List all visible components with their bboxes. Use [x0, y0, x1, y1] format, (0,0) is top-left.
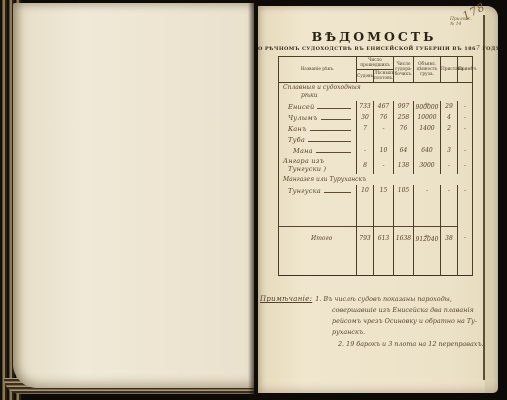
empty-cell — [357, 249, 374, 276]
river-name: Енисей — [288, 103, 314, 111]
empty-cell — [414, 249, 441, 276]
piers-value: 29 — [441, 101, 458, 112]
workers-value: 258 — [394, 112, 414, 123]
rafts-value — [374, 134, 394, 145]
corner-annotation: Прилож. № 14 — [450, 17, 472, 27]
empty-cell — [441, 196, 458, 227]
col-header-vessels: Судовъ. — [357, 70, 374, 83]
totals-vessels: 793 — [357, 227, 374, 250]
river-name-cell: Чулымъ — [279, 112, 357, 123]
workers-value: 105 — [394, 185, 414, 196]
vessels-value: 733 — [357, 101, 374, 112]
vessels-value: - — [357, 145, 374, 156]
section1-label: Сплавныя и судоходныя рѣки — [279, 83, 473, 102]
col-header-workers: Число судора- бочихъ. — [394, 57, 414, 83]
empty-cell — [279, 196, 357, 227]
river-name: Канъ — [288, 125, 307, 133]
table-row-chulym: Чулымъ 30 76 258 10000 4 - — [279, 112, 473, 123]
cargo-number: 1400 — [419, 125, 434, 132]
section-row-2: Мангазея или Туруханскъ — [279, 174, 473, 185]
ruled-dash — [321, 118, 351, 120]
empty-cell — [441, 249, 458, 276]
note1-line1: Примѣчаніе:1. Въ числѣ судовъ показаны п… — [260, 294, 490, 305]
remark-value: - — [458, 145, 473, 156]
ruled-dash — [324, 191, 351, 193]
empty-cell — [394, 196, 414, 227]
remark-value: - — [458, 101, 473, 112]
totals-row: Итого 793 613 1638 до912040 38 - — [279, 227, 473, 250]
vessels-value: 8 — [357, 156, 374, 174]
cargo-value: 640 — [414, 145, 441, 156]
totals-workers: 1638 — [394, 227, 414, 250]
note1-line3: рейсомъ чрезъ Осиновку и обратно на Ту- — [332, 316, 490, 327]
river-name: Мана — [293, 147, 313, 155]
ruled-dash — [310, 129, 351, 131]
ruled-dash — [316, 151, 351, 153]
empty-cell — [374, 249, 394, 276]
piers-value: 4 — [441, 112, 458, 123]
cargo-number: 3000 — [419, 162, 434, 169]
vessels-value — [357, 134, 374, 145]
piers-value — [441, 134, 458, 145]
cargo-value — [414, 134, 441, 145]
empty-cell — [357, 196, 374, 227]
totals-remark: - — [458, 227, 473, 250]
cargo-number: 10000 — [417, 114, 436, 121]
remark-value: - — [458, 185, 473, 196]
rafts-value: 76 — [374, 112, 394, 123]
workers-value: 997 — [394, 101, 414, 112]
remark-value: - — [458, 156, 473, 174]
document-subtitle: О РѢЧНОМЪ СУДОХОДСТВѢ ВЪ ЕНИСЕЙСКОЙ ГУБЕ… — [258, 45, 490, 52]
piers-value: 2 — [441, 123, 458, 134]
cargo-value: 1400 — [414, 123, 441, 134]
spacer-row — [279, 196, 473, 227]
rafts-value: 10 — [374, 145, 394, 156]
left-blank-page — [13, 3, 254, 388]
note2-line: 2. 19 барокъ и 3 плота на 12 переправахъ… — [338, 339, 490, 350]
table-row-mana: Мана - 10 64 640 3 - — [279, 145, 473, 156]
col-header-rafts: Лѣсныхъ плотовъ. — [374, 70, 394, 83]
table-row-yenisei: Енисей 733 467 997 до900000 29 - — [279, 101, 473, 112]
rafts-value: 467 — [374, 101, 394, 112]
vessels-value: 10 — [357, 185, 374, 196]
remark-value: - — [458, 112, 473, 123]
river-name-line2: Тунгуски ) — [279, 165, 356, 173]
totals-cargo-number: 912040 — [416, 236, 439, 243]
cargo-value: 10000 — [414, 112, 441, 123]
section1-line1: Сплавныя и судоходныя — [283, 84, 361, 91]
subtitle-tail: ГОДУ. — [480, 46, 502, 52]
cargo-value: - — [414, 185, 441, 196]
vessels-value: 30 — [357, 112, 374, 123]
vessels-value: 7 — [357, 123, 374, 134]
river-name-line1: Ангара изъ — [279, 157, 356, 165]
cargo-number: 640 — [421, 147, 432, 154]
piers-value: - — [441, 156, 458, 174]
document-page: 178 Прилож. № 14 ВѢДОМОСТЬ О РѢЧНОМЪ СУД… — [258, 6, 498, 393]
remark-value — [458, 134, 473, 145]
remark-value: - — [458, 123, 473, 134]
cargo-number: 900000 — [416, 104, 439, 111]
handwritten-notes: Примѣчаніе:1. Въ числѣ судовъ показаны п… — [260, 294, 490, 350]
note1-line4: руханскъ. — [332, 327, 490, 338]
empty-cell — [374, 196, 394, 227]
col-header-river-names: Названіе рѣкъ. — [279, 57, 357, 83]
river-name-cell: Енисей — [279, 101, 357, 112]
workers-value: 76 — [394, 123, 414, 134]
subtitle-lead: О РѢЧНОМЪ СУДОХОДСТВѢ ВЪ ЕНИСЕЙСКОЙ ГУБЕ… — [258, 46, 476, 52]
river-name: Чулымъ — [288, 114, 318, 122]
totals-piers: 38 — [441, 227, 458, 250]
table-row-angara: Ангара изъ Тунгуски ) 8 - 138 3000 - - — [279, 156, 473, 174]
empty-cell — [279, 249, 357, 276]
river-name: Туба — [288, 136, 305, 144]
river-navigation-table: Названіе рѣкъ. Число прошедшихъ Число су… — [278, 56, 473, 276]
cargo-value: 3000 — [414, 156, 441, 174]
rafts-value: - — [374, 123, 394, 134]
piers-value: - — [441, 185, 458, 196]
section2-label: Мангазея или Туруханскъ — [279, 174, 473, 185]
col-group-passed: Число прошедшихъ — [357, 57, 394, 70]
cargo-value: до900000 — [414, 101, 441, 112]
ruled-dash — [308, 140, 351, 142]
totals-label: Итого — [279, 227, 357, 250]
document-title: ВѢДОМОСТЬ — [258, 29, 490, 44]
workers-value: 64 — [394, 145, 414, 156]
note1-text1: 1. Въ числѣ судовъ показаны пароходы, — [315, 295, 452, 303]
empty-cell — [414, 196, 441, 227]
table-row-tunguska: Тунгуска 10 15 105 - - - — [279, 185, 473, 196]
piers-value: 3 — [441, 145, 458, 156]
rafts-value: 15 — [374, 185, 394, 196]
note1-line2: совершавшіе изъ Енисейска два плаванія — [332, 305, 490, 316]
tail-spacer-row — [279, 249, 473, 276]
section1-line2: рѣки — [283, 92, 318, 99]
header-row-group: Названіе рѣкъ. Число прошедшихъ Число су… — [279, 57, 473, 70]
scanned-book-photo: 178 Прилож. № 14 ВѢДОМОСТЬ О РѢЧНОМЪ СУД… — [0, 0, 507, 400]
workers-value: 138 — [394, 156, 414, 174]
river-name-cell: Мана — [279, 145, 357, 156]
workers-value — [394, 134, 414, 145]
col-header-remarks: Примѣч. — [458, 57, 473, 83]
section-row: Сплавныя и судоходныя рѣки — [279, 83, 473, 102]
river-name-cell: Тунгуска — [279, 185, 357, 196]
empty-cell — [458, 249, 473, 276]
river-name-cell: Ангара изъ Тунгуски ) — [279, 156, 357, 174]
empty-cell — [458, 196, 473, 227]
rafts-value: - — [374, 156, 394, 174]
totals-cargo: до912040 — [414, 227, 441, 250]
river-name: Тунгуска — [288, 187, 321, 195]
empty-cell — [394, 249, 414, 276]
note-label: Примѣчаніе: — [260, 295, 312, 303]
col-header-piers: Пристани. — [441, 57, 458, 83]
river-name-cell: Туба — [279, 134, 357, 145]
totals-rafts: 613 — [374, 227, 394, 250]
col-header-cargo-value: Объявл. цѣнность груза. — [414, 57, 441, 83]
river-name-cell: Канъ — [279, 123, 357, 134]
table-row-tuba: Туба — [279, 134, 473, 145]
ruled-dash — [317, 107, 351, 109]
table-row-kan: Канъ 7 - 76 1400 2 - — [279, 123, 473, 134]
corner-annotation-line2: № 14 — [450, 22, 472, 27]
